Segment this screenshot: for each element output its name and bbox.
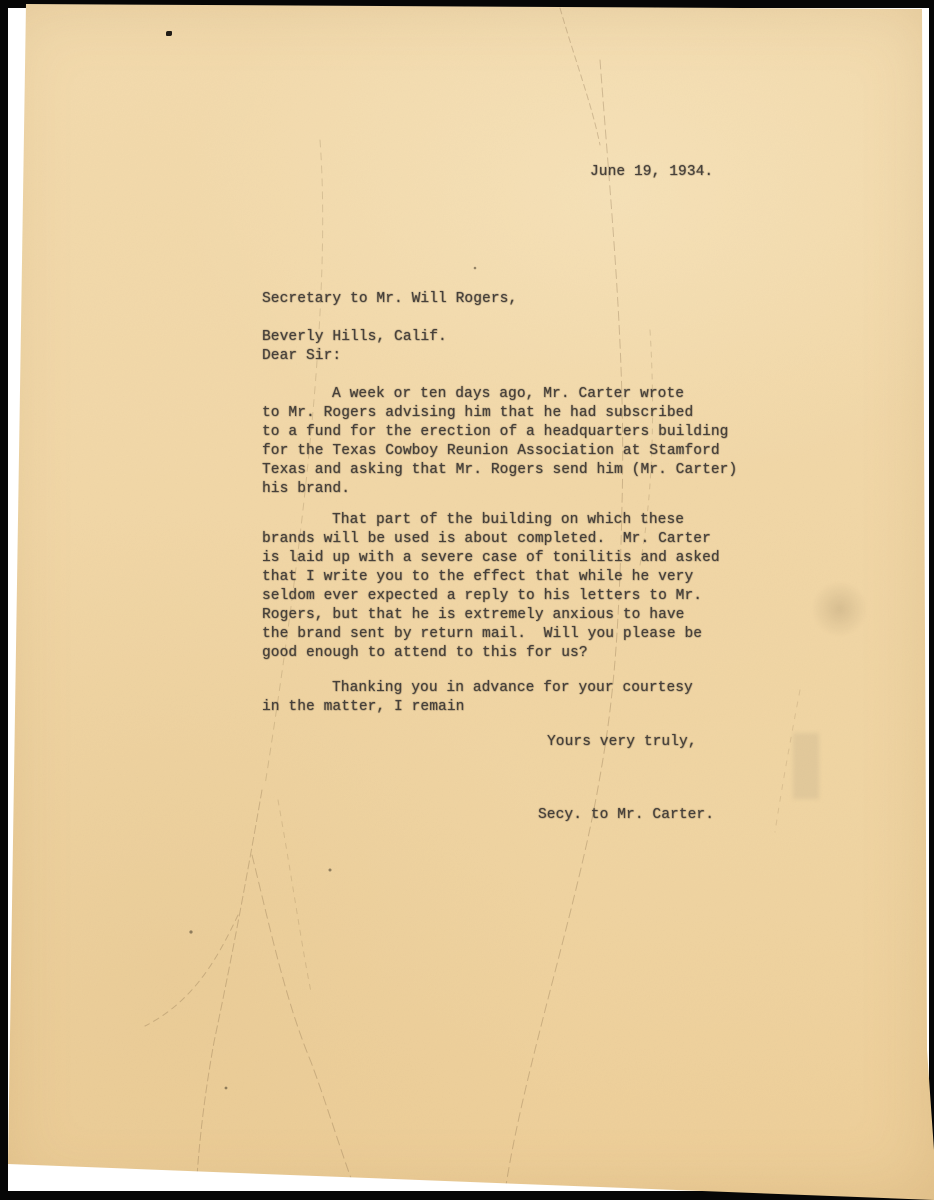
body-paragraph-1: A week or ten days ago, Mr. Carter wrote… — [262, 385, 737, 499]
signature-line: Secy. to Mr. Carter. — [538, 806, 714, 825]
closing-line: Yours very truly, — [547, 733, 697, 752]
recipient-line2: Beverly Hills, Calif. — [262, 329, 447, 345]
round-smudge — [812, 580, 867, 638]
rect-smudge — [793, 733, 819, 799]
ink-speck — [166, 31, 172, 36]
body-paragraph-2: That part of the building on which these… — [262, 511, 720, 663]
scanned-letter-page: June 19, 1934. Secretary to Mr. Will Rog… — [0, 0, 934, 1200]
letter-paper: June 19, 1934. Secretary to Mr. Will Rog… — [0, 0, 934, 1200]
body-paragraph-3: Thanking you in advance for your courtes… — [262, 679, 693, 717]
letter-date: June 19, 1934. — [590, 163, 713, 182]
recipient-address: Secretary to Mr. Will Rogers, Beverly Hi… — [262, 290, 517, 347]
recipient-line1: Secretary to Mr. Will Rogers, — [262, 291, 517, 307]
salutation: Dear Sir: — [262, 347, 341, 366]
